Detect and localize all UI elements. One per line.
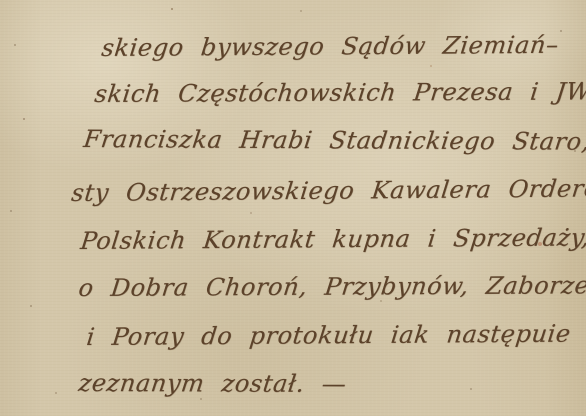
paper-texture: [0, 0, 586, 416]
paper-specks: [0, 0, 2, 2]
manuscript-line: skich Częstóchowskich Prezesa i JWº: [93, 77, 586, 108]
manuscript-line: i Poray do protokułu iak następuie: [85, 320, 572, 351]
manuscript-line: sty Ostrzeszowskiego Kawalera Orderów: [70, 174, 586, 207]
manuscript-page: skiego bywszego Sądów Ziemiań– skich Czę…: [0, 0, 586, 416]
manuscript-line: o Dobra Choroń, Przybynów, Zaborze,: [77, 271, 586, 302]
manuscript-line: Franciszka Hrabi Stadnickiego Staro„: [82, 125, 586, 156]
manuscript-line: zeznanym został. —: [77, 369, 348, 398]
manuscript-line: Polskich Kontrakt kupna i Sprzedaży,: [79, 223, 586, 255]
manuscript-line: skiego bywszego Sądów Ziemiań–: [100, 31, 560, 62]
